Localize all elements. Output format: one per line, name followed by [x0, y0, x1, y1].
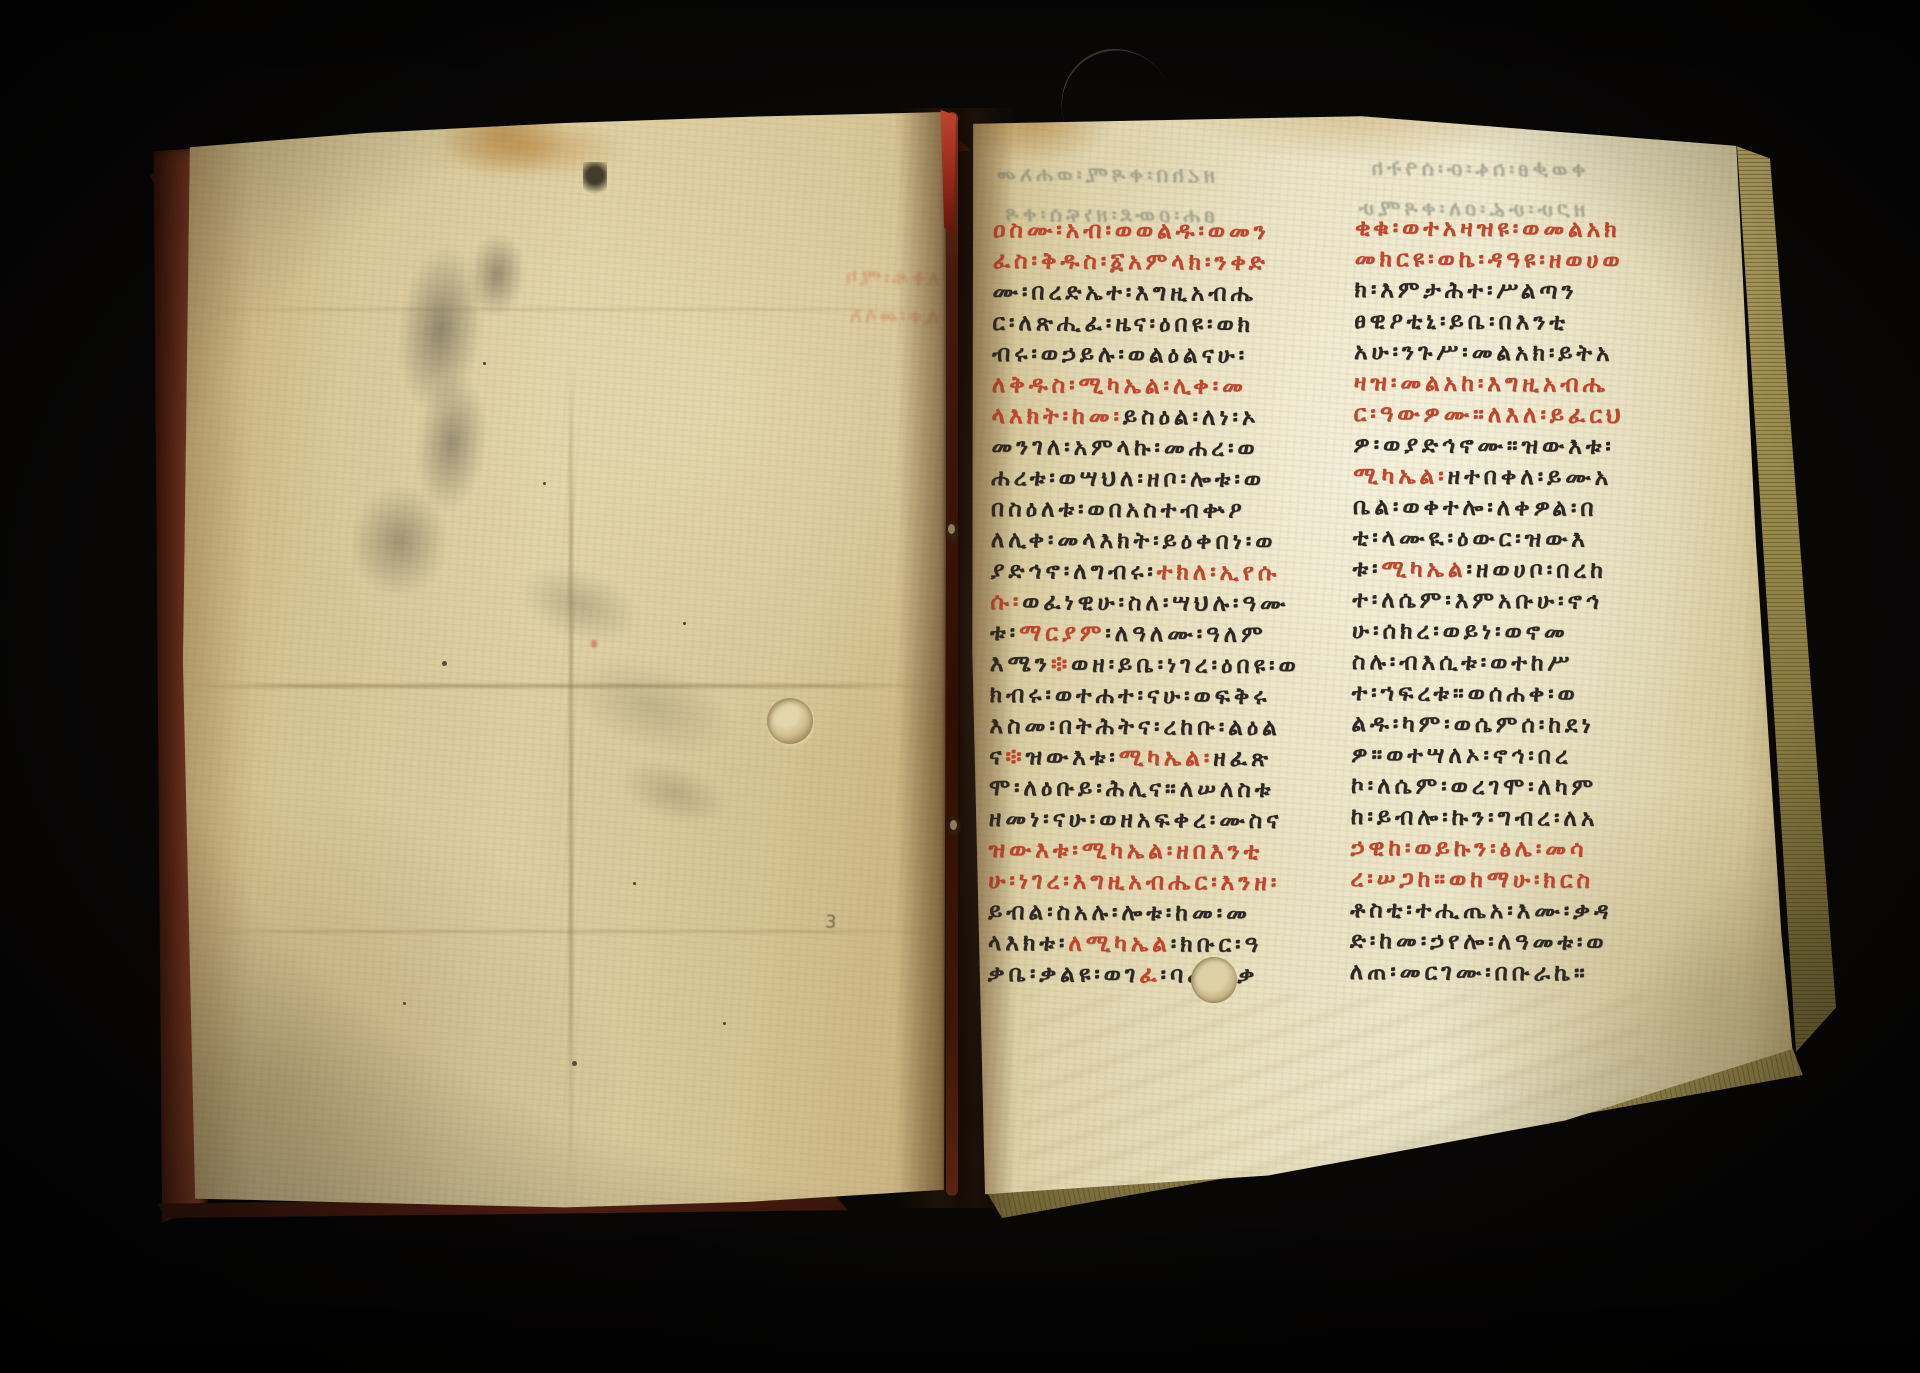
text-run: እስመ፡በትሕትና፡ረከቡ፡ልዕል — [989, 713, 1281, 741]
manuscript-line: ድ፡ከመ፡ኃየሎ፡ለዓመቱ፡ወ — [1350, 927, 1700, 960]
text-run: ፡ለዓለሙ፡ዓለም — [1105, 621, 1267, 648]
parchment-crease-horizontal — [191, 684, 935, 688]
text-run: መንገለ፡አምላኩ፡መሐረ፡ወ — [991, 434, 1258, 462]
manuscript-line: ተ፡ለሴም፡እምአቡሁ፡ኖኅ — [1352, 586, 1702, 619]
manuscript-line: ለቅዱስ፡ሚካኤል፡ሊቀ፡መ — [992, 371, 1336, 404]
manuscript-line: ላእክቱ፡ለሚካኤል፡ክቡር፡ዓ — [988, 929, 1332, 962]
text-run: ቶስቲ፡ተሒጤአ፡እሙ፡ቃዳ — [1350, 897, 1612, 925]
text-run: ለሊቀ፡መላእክት፡ይዕቀበነ፡ወ — [991, 527, 1277, 555]
text-run: ሐረቱ፡ወሣህለ፡ዘቦ፡ሎቱ፡ወ — [991, 465, 1265, 493]
ghost-text-line: ዘረከበ፡ቀዳሚ፡ወሐአመ — [993, 154, 1215, 196]
rubricated-text-run: ለቅዱስ፡ሚካኤል፡ሊቀ፡መ — [992, 372, 1247, 400]
rubricated-text-run: መክርዩ፡ወኬ፡ዳዓዩ፡ዘወሀወ — [1355, 246, 1624, 274]
text-column-1: ዐስሙ፡አብ፡ወወልዱ፡ወመንፈስ፡ቅዱስ፡፩አምላክ፡ንቀድሙ፡በረድኤተ፡እ… — [988, 216, 1337, 993]
manuscript-line: ክ፡እምታሕተ፡ሥልጣን — [1354, 276, 1704, 309]
manuscript-line: ረ፡ሠጋከ።ወከማሁ፡ክርስ — [1350, 865, 1700, 898]
rubricated-text-run: ማርያም — [1019, 620, 1105, 647]
text-run: ዎ።ወተሣለኦ፡ኖኅ፡በረ — [1351, 742, 1572, 770]
manuscript-line: ሁ፡ሰክረ፡ወይነ፡ወኖመ — [1352, 617, 1702, 650]
rubricated-text-run: ቂቁ፡ወተአዛዝዩ፡ወመልአክ — [1355, 215, 1621, 243]
text-run: ፡ዘወሀቦ፡በረከ — [1466, 557, 1607, 584]
text-column-2: ቂቁ፡ወተአዛዝዩ፡ወመልአክመክርዩ፡ወኬ፡ዳዓዩ፡ዘወሀወክ፡እምታሕተ፡ሥ… — [1350, 214, 1705, 991]
manuscript-line: ከ፡ይብሎ፡ኩን፡ግብረ፡ለአ — [1351, 803, 1701, 836]
right-page: ዘረከበ፡ቀዳሚ፡ወሐአመፀሐ፡ዐውደ፡ዘነፍሰ፡ቀዳ ቀወቃፀ፡ስፋ፡ዑ፡ሰዓ… — [963, 114, 1811, 1214]
text-run: ቤል፡ወቀተሎ፡ለቀዎል፡በ — [1353, 494, 1598, 522]
parchment-dimple — [767, 698, 813, 744]
manuscript-line: በስዕለቱ፡ወበአስተብቍዖ — [991, 495, 1335, 528]
rubricated-text-run: ፨ — [1051, 651, 1071, 677]
manuscript-photo: ለቅዱ፡ሚካሊቀ፡መላእ 3 ዘረከበ፡ቀዳሚ፡ወሐአመፀሐ፡ዐውደ፡ዘነፍሰ፡… — [0, 0, 1920, 1373]
rubricated-text-run: ሚካኤል — [1381, 556, 1466, 583]
rubricated-text-run: ለሚካኤል — [1068, 931, 1171, 958]
manuscript-line: ይብል፡ስአሉ፡ሎቱ፡ከመ፡መ — [988, 898, 1332, 931]
rubricated-text-run: ተክለ፡ኢየሱ — [1157, 559, 1281, 586]
text-run: ዘተበቀለ፡ይሙአ — [1448, 464, 1613, 491]
manuscript-line: ብሩ፡ወኃይሉ፡ወልዕልናሁ፡ — [992, 340, 1336, 373]
manuscript-line: ያድኅኖ፡ለግብሩ፡ተክለ፡ኢየሱ — [990, 557, 1334, 590]
text-run: ሞ፡ለዕቡይ፡ሕሊና።ለሠለስቱ — [989, 775, 1275, 803]
text-run: አሁ፡ንጉሥ፡መልአክ፡ይትአ — [1354, 339, 1614, 367]
text-run: ኮ፡ለሴም፡ወረገሞ፡ለካም — [1351, 773, 1597, 801]
rubricated-text-run: ፈ — [1139, 962, 1160, 988]
gutter-spine-core — [946, 112, 958, 1196]
text-run: ፀዊዖቲኒ፡ይቤ፡በእንቲ — [1354, 308, 1569, 335]
text-run: ዝውእቱ፡ — [1025, 744, 1118, 771]
manuscript-line: ዝውእቱ፡ሚካኤል፡ዘበእንቲ — [988, 836, 1332, 869]
manuscript-line: ዛዝ፡መልአከ፡እግዚአብሔ — [1354, 369, 1704, 402]
text-run: ዘፈጽ — [1213, 746, 1272, 772]
manuscript-line: ሐረቱ፡ወሣህለ፡ዘቦ፡ሎቱ፡ወ — [991, 464, 1335, 497]
rubricated-text-run: ሚካኤል፡ — [1353, 463, 1448, 490]
manuscript-line: ተ፡ኀፍረቱ።ወሰሐቀ፡ወ — [1352, 679, 1702, 712]
rubricated-text-run: ዛዝ፡መልአከ፡እግዚአብሔ — [1354, 370, 1609, 398]
rubricated-text-run: ር፡ዓውዎሙ።ለእለ፡ይፈርህ — [1354, 401, 1625, 429]
text-run: ልዱ፡ካም፡ወሴምሰ፡ከደነ — [1351, 711, 1594, 739]
red-pigment-speck — [591, 640, 597, 648]
manuscript-line: ዘመነ፡ናሁ፡ወዘአፍቀረ፡ሙስና — [989, 805, 1333, 838]
parchment-crease-horizontal — [197, 930, 933, 933]
manuscript-line: ፈስ፡ቅዱስ፡፩አምላክ፡ንቀድ — [993, 247, 1337, 280]
text-run: ሙ፡በረድኤተ፡እግዚአብሔ — [992, 279, 1257, 307]
text-run: ይስዕል፡ለነ፡ኦ — [1123, 404, 1260, 431]
text-run: ድ፡ከመ፡ኃየሎ፡ለዓመቱ፡ወ — [1350, 928, 1608, 956]
rubricated-text-run: ሁ፡ነገረ፡እግዚአብሔር፡እንዘ፡ — [988, 868, 1280, 896]
manuscript-line: ለሊቀ፡መላእክት፡ይዕቀበነ፡ወ — [991, 526, 1335, 559]
manuscript-line: ፀዊዖቲኒ፡ይቤ፡በእንቲ — [1354, 307, 1704, 340]
text-run: ሁ፡ሰክረ፡ወይነ፡ወኖመ — [1352, 618, 1569, 646]
manuscript-line: ር፡ለጽሒፈ፡ዜና፡ዕበዩ፡ወክ — [992, 309, 1336, 342]
manuscript-line: ዎ፡ወያድኅኖሙ።ዝውእቱ፡ — [1353, 431, 1703, 464]
text-run: ቱ፡ — [1352, 556, 1381, 582]
manuscript-line: ላእክት፡ከመ፡ይስዕል፡ለነ፡ኦ — [991, 402, 1335, 435]
manuscript-line: ቃቤ፡ቃልዩ፡ወገፈ፡ባሬ፡ፈቃ — [988, 960, 1332, 993]
parchment-crease-vertical — [569, 352, 573, 1202]
manuscript-line: መንገለ፡አምላኩ፡መሐረ፡ወ — [991, 433, 1335, 466]
text-run: ወፈነዊሁ፡ስለ፡ሣህሉ፡ዓሙ — [1022, 589, 1289, 617]
text-run: ከ፡ይብሎ፡ኩን፡ግብረ፡ለአ — [1351, 804, 1599, 832]
manuscript-line: መክርዩ፡ወኬ፡ዳዓዩ፡ዘወሀወ — [1355, 245, 1705, 278]
manuscript-line: ቂቁ፡ወተአዛዝዩ፡ወመልአክ — [1355, 214, 1705, 247]
text-run: ይብል፡ስአሉ፡ሎቱ፡ከመ፡መ — [988, 899, 1251, 927]
text-run: ፡ክቡር፡ዓ — [1171, 931, 1263, 958]
ink-blot — [583, 162, 607, 196]
rubricated-text-run: ዐስሙ፡አብ፡ወወልዱ፡ወመን — [993, 217, 1270, 245]
manuscript-line: ር፡ዓውዎሙ።ለእለ፡ይፈርህ — [1353, 400, 1703, 433]
manuscript-line: ስሉ፡ብእሲቱ፡ወተከሥ — [1352, 648, 1702, 681]
manuscript-line: ቱ፡ማርያም፡ለዓለሙ፡ዓለም — [990, 619, 1334, 652]
manuscript-line: ልዱ፡ካም፡ወሴምሰ፡ከደነ — [1351, 710, 1701, 743]
manuscript-line: ቶስቲ፡ተሒጤአ፡እሙ፡ቃዳ — [1350, 896, 1700, 929]
manuscript-line: ኃዊከ፡ወይኩን፡ፅሌ፡መሳ — [1350, 834, 1700, 867]
text-run: ስሉ፡ብእሲቱ፡ወተከሥ — [1352, 649, 1574, 677]
manuscript-line: ቱ፡ሚካኤል፡ዘወሀቦ፡በረከ — [1352, 555, 1702, 588]
dirt-specks — [483, 362, 486, 365]
left-page: ለቅዱ፡ሚካሊቀ፡መላእ 3 — [183, 112, 947, 1214]
manuscript-line: ዎ።ወተሣለኦ፡ኖኅ፡በረ — [1351, 741, 1701, 774]
ghost-text-line: ቀወቃፀ፡ስፋ፡ዑ፡ሰዓትከ — [1355, 148, 1586, 190]
text-run: ተ፡ለሴም፡እምአቡሁ፡ኖኅ — [1352, 587, 1603, 615]
rubricated-text-run: ኃዊከ፡ወይኩን፡ፅሌ፡መሳ — [1350, 835, 1587, 863]
text-run: ብሩ፡ወኃይሉ፡ወልዕልናሁ፡ — [992, 341, 1248, 369]
manuscript-line: ቲ፡ላሙዪ፡ዕውር፡ዝውእ — [1353, 524, 1703, 557]
manuscript-line: ለጠ፡መርገሙ፡በቡራኬ። — [1350, 958, 1700, 991]
manuscript-line: ሙ፡በረድኤተ፡እግዚአብሔ — [992, 278, 1336, 311]
binding-stitch — [942, 512, 962, 552]
rubricated-text-run: ፈስ፡ቅዱስ፡፩አምላክ፡ንቀድ — [993, 248, 1269, 276]
manuscript-line: ሞ፡ለዕቡይ፡ሕሊና።ለሠለስቱ — [989, 774, 1333, 807]
text-run: ክብሩ፡ወተሐተ፡ናሁ፡ወፍቅሩ — [990, 682, 1271, 710]
manuscript-line: ክብሩ፡ወተሐተ፡ናሁ፡ወፍቅሩ — [990, 681, 1334, 714]
manuscript-line: እስመ፡በትሕትና፡ረከቡ፡ልዕል — [989, 712, 1333, 745]
rubricated-text-run: ሚካኤል፡ — [1119, 745, 1214, 772]
text-run: ር፡ለጽሒፈ፡ዜና፡ዕበዩ፡ወክ — [992, 310, 1254, 338]
manuscript-line: ሚካኤል፡ዘተበቀለ፡ይሙአ — [1353, 462, 1703, 495]
folio-pencil-number: 3 — [824, 911, 851, 936]
text-run: በስዕለቱ፡ወበአስተብቍዖ — [991, 496, 1246, 524]
manuscript-line: እሜን፨ወዘ፡ይቤ፡ነገረ፡ዕበዩ፡ወ — [990, 650, 1334, 683]
manuscript-line: ሁ፡ነገረ፡እግዚአብሔር፡እንዘ፡ — [988, 867, 1332, 900]
text-run: ቲ፡ላሙዪ፡ዕውር፡ዝውእ — [1353, 525, 1589, 553]
manuscript-line: ዐስሙ፡አብ፡ወወልዱ፡ወመን — [993, 216, 1337, 249]
binding-stitch — [944, 808, 964, 844]
manuscript-line: ሱ፡ወፈነዊሁ፡ስለ፡ሣህሉ፡ዓሙ — [990, 588, 1334, 621]
manuscript-line: ቤል፡ወቀተሎ፡ለቀዎል፡በ — [1353, 493, 1703, 526]
manuscript-line: አሁ፡ንጉሥ፡መልአክ፡ይትአ — [1354, 338, 1704, 371]
parchment-hole — [1191, 957, 1237, 1003]
rubricated-text-run: ዝውእቱ፡ሚካኤል፡ዘበእንቲ — [988, 837, 1263, 865]
manuscript-line: ና፨ዝውእቱ፡ሚካኤል፡ዘፈጽ — [989, 743, 1333, 776]
text-run: ክ፡እምታሕተ፡ሥልጣን — [1354, 277, 1577, 305]
text-run: ወዘ፡ይቤ፡ነገረ፡ዕበዩ፡ወ — [1071, 652, 1300, 680]
text-run: ዎ፡ወያድኅኖሙ።ዝውእቱ፡ — [1353, 432, 1615, 460]
text-run: ዘመነ፡ናሁ፡ወዘአፍቀረ፡ሙስና — [989, 806, 1283, 834]
rubricated-text-run: ረ፡ሠጋከ።ወከማሁ፡ክርስ — [1350, 866, 1594, 894]
text-run: ለጠ፡መርገሙ፡በቡራኬ። — [1350, 959, 1589, 987]
manuscript-line: ኮ፡ለሴም፡ወረገሞ፡ለካም — [1351, 772, 1701, 805]
text-run: ተ፡ኀፍረቱ።ወሰሐቀ፡ወ — [1352, 680, 1579, 708]
